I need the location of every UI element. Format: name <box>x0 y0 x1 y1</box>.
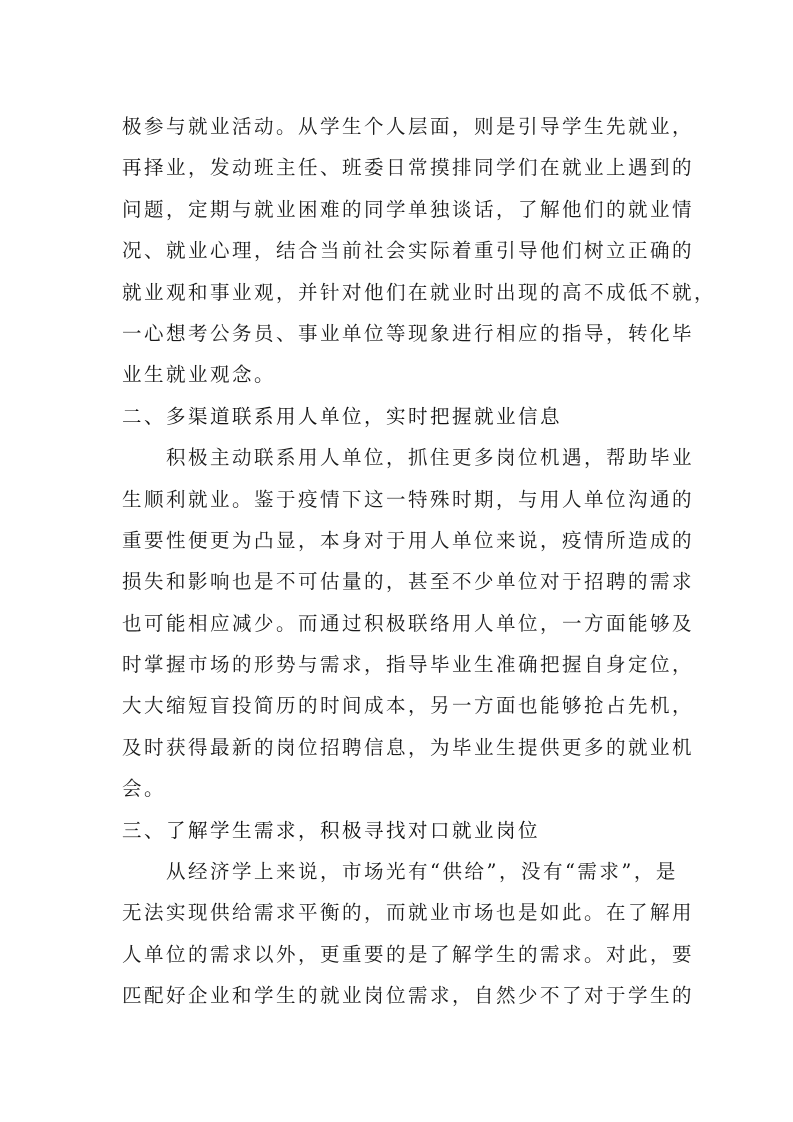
text-line: 人单位的需求以外，更重要的是了解学生的需求。对此，要 <box>122 934 682 975</box>
text-line: 极参与就业活动。从学生个人层面，则是引导学生先就业， <box>122 106 682 147</box>
text-line: 业生就业观念。 <box>122 354 682 395</box>
text-line: 大大缩短盲投简历的时间成本，另一方面也能够抢占先机， <box>122 685 682 726</box>
text-line: 时掌握市场的形势与需求，指导毕业生准确把握自身定位， <box>122 644 682 685</box>
text-line: 也可能相应减少。而通过积极联络用人单位，一方面能够及 <box>122 603 682 644</box>
paragraph-student-needs: 从经济学上来说，市场光有“供给”，没有“需求”，是 无法实现供给需求平衡的，而就… <box>122 851 682 1017</box>
section-heading-3: 三、了解学生需求，积极寻找对口就业岗位 <box>122 810 682 851</box>
paragraph-contact-employers: 积极主动联系用人单位，抓住更多岗位机遇，帮助毕业 生顺利就业。鉴于疫情下这一特殊… <box>122 437 682 810</box>
text-line: 及时获得最新的岗位招聘信息，为毕业生提供更多的就业机 <box>122 727 682 768</box>
text-line: 损失和影响也是不可估量的，甚至不少单位对于招聘的需求 <box>122 561 682 602</box>
text-line: 无法实现供给需求平衡的，而就业市场也是如此。在了解用 <box>122 892 682 933</box>
text-line: 再择业，发动班主任、班委日常摸排同学们在就业上遇到的 <box>122 147 682 188</box>
document-body: 极参与就业活动。从学生个人层面，则是引导学生先就业， 再择业，发动班主任、班委日… <box>122 106 682 1017</box>
text-line: 会。 <box>122 768 682 809</box>
text-line: 生顺利就业。鉴于疫情下这一特殊时期，与用人单位沟通的 <box>122 479 682 520</box>
text-line: 一心想考公务员、事业单位等现象进行相应的指导，转化毕 <box>122 313 682 354</box>
section-heading-2: 二、多渠道联系用人单位，实时把握就业信息 <box>122 396 682 437</box>
text-line: 就业观和事业观，并针对他们在就业时出现的高不成低不就， <box>122 272 682 313</box>
text-line: 积极主动联系用人单位，抓住更多岗位机遇，帮助毕业 <box>122 437 682 478</box>
text-line: 问题，定期与就业困难的同学单独谈话，了解他们的就业情 <box>122 189 682 230</box>
text-line: 重要性便更为凸显，本身对于用人单位来说，疫情所造成的 <box>122 520 682 561</box>
text-line: 匹配好企业和学生的就业岗位需求，自然少不了对于学生的 <box>122 975 682 1016</box>
text-line: 况、就业心理，结合当前社会实际着重引导他们树立正确的 <box>122 230 682 271</box>
text-line: 从经济学上来说，市场光有“供给”，没有“需求”，是 <box>122 851 682 892</box>
document-page: 极参与就业活动。从学生个人层面，则是引导学生先就业， 再择业，发动班主任、班委日… <box>0 0 793 1122</box>
paragraph-student-guidance: 极参与就业活动。从学生个人层面，则是引导学生先就业， 再择业，发动班主任、班委日… <box>122 106 682 396</box>
